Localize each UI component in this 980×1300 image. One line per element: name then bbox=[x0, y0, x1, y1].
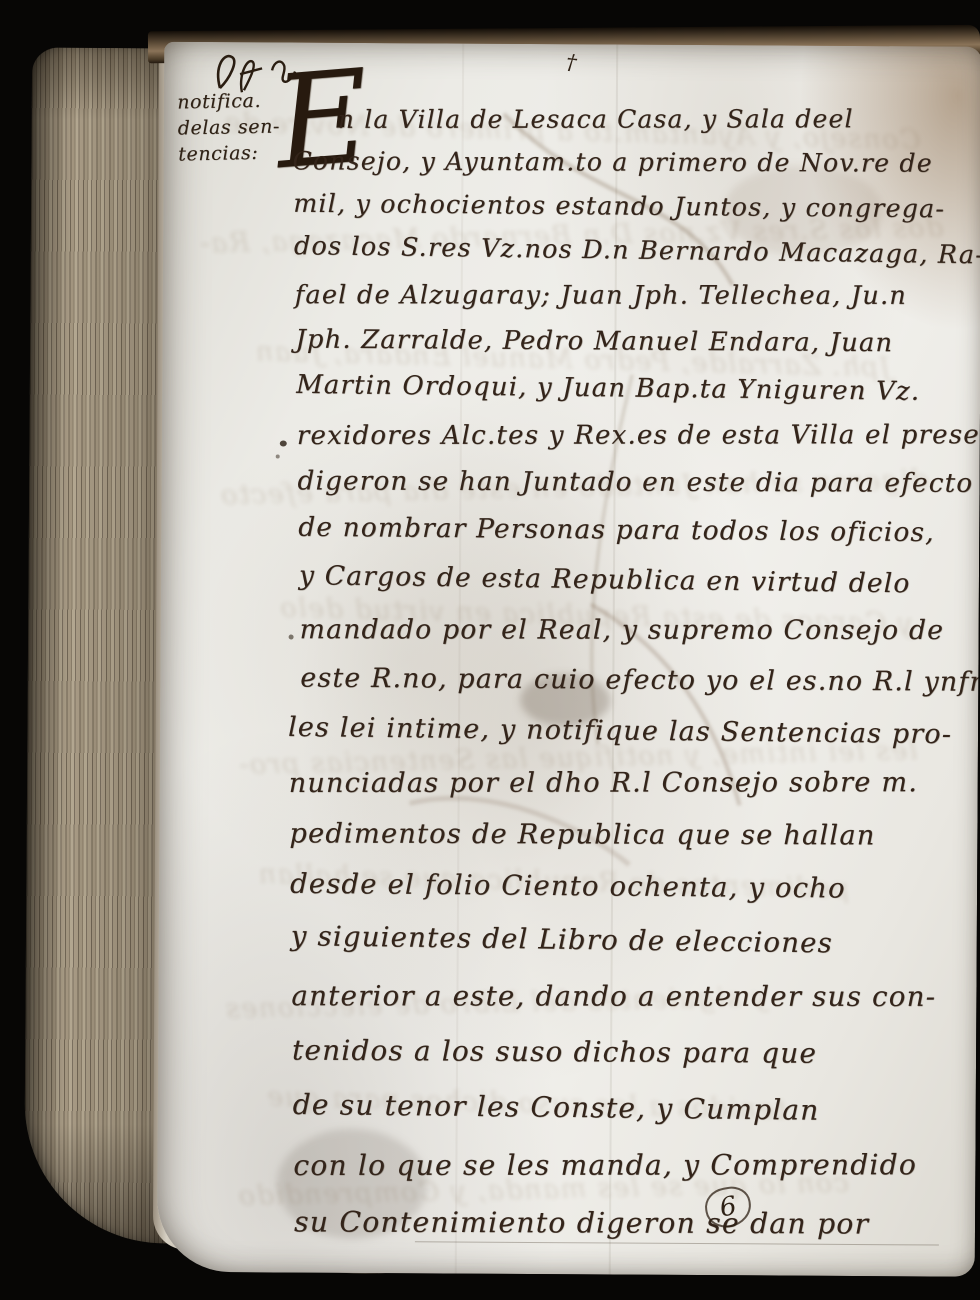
ink-dot bbox=[280, 440, 287, 446]
manuscript-body: n la Villa de Lesaca Casa, y Sala deelCo… bbox=[291, 103, 966, 1267]
manuscript-line: con lo que se les manda, y Comprendido bbox=[293, 1148, 961, 1182]
manuscript-line: y Cargos de esta Republica en virtud del… bbox=[299, 560, 967, 600]
manuscript-page: Consejo, y Ayuntam.to a primero de Nov.r… bbox=[157, 42, 980, 1277]
manuscript-line: Martin Ordoqui, y Juan Bap.ta Yniguren V… bbox=[296, 369, 964, 406]
manuscript-line: n la Villa de Lesaca Casa, y Sala deel bbox=[292, 104, 960, 134]
manuscript-line: anterior a este, dando a entender sus co… bbox=[291, 979, 959, 1013]
manuscript-line: de su tenor les Conste, y Cumplan bbox=[293, 1088, 961, 1128]
manuscript-line: de nombrar Personas para todos los ofici… bbox=[298, 513, 966, 549]
manuscript-line: pedimentos de Republica que se hallan bbox=[289, 818, 957, 851]
photo-background: { "document": { "kind": "handwritten man… bbox=[0, 0, 980, 1300]
manuscript-line: Jph. Zarralde, Pedro Manuel Endara, Juan bbox=[295, 325, 963, 359]
manuscript-line: digeron se han Juntado en este dia para … bbox=[298, 466, 966, 498]
ink-dot bbox=[289, 635, 294, 640]
manuscript-line: les lei intime, y notifique las Sentenci… bbox=[288, 712, 956, 750]
manuscript-line: nunciadas por el dho R.l Consejo sobre m… bbox=[289, 767, 957, 799]
manuscript-line: desde el folio Ciento ochenta, y ocho bbox=[290, 869, 958, 906]
manuscript-line: mil, y ochocientos estando Juntos, y con… bbox=[293, 188, 961, 223]
manuscript-line: rexidores Alc.tes y Rex.es de esta Villa… bbox=[297, 420, 965, 451]
ink-dot bbox=[276, 454, 280, 458]
manuscript-line: Consejo, y Ayuntam.to a primero de Nov.r… bbox=[292, 146, 960, 177]
manuscript-line: fael de Alzugaray; Juan Jph. Tellechea, … bbox=[295, 280, 963, 311]
manuscript-line: su Contenimiento digeron se dan por bbox=[294, 1205, 962, 1240]
manuscript-line: tenidos a los suso dichos para que bbox=[292, 1033, 960, 1070]
header-cross-mark: † bbox=[565, 50, 578, 75]
manuscript-line: dos los S.res Vz.nos D.n Bernardo Macaza… bbox=[294, 231, 962, 270]
manuscript-line: mandado por el Real, y supremo Consejo d… bbox=[300, 614, 968, 646]
manuscript-line: este R.no, para cuio efecto yo el es.no … bbox=[300, 663, 968, 698]
manuscript-line: y siguientes del Libro de elecciones bbox=[291, 920, 959, 961]
